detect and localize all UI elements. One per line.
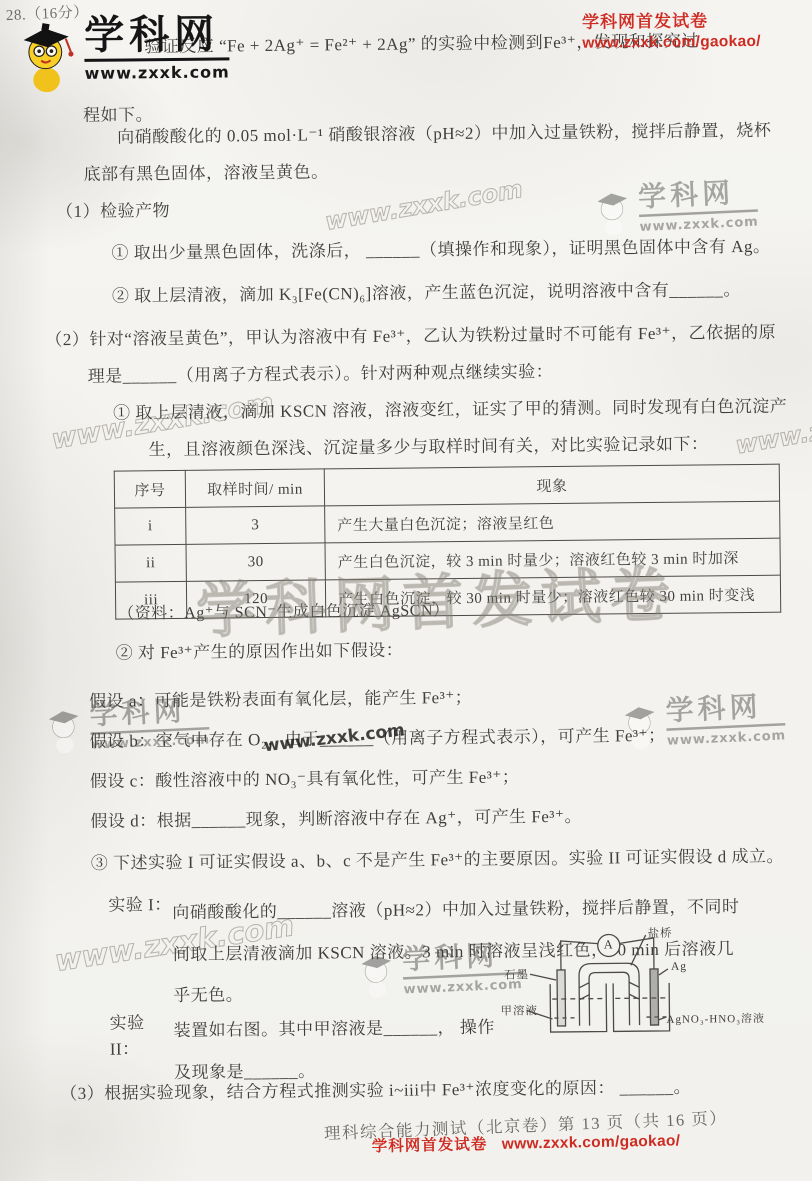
scanned-page: 28.（16分） 学科网 www.zxxk.com 学科网首发试卷 www.z <box>0 0 812 1181</box>
red-stamp-bottom-title: 学科网首发试卷 <box>372 1136 488 1155</box>
part2-intro: （2）针对“溶液呈黄色”，甲认为溶液中有 Fe³⁺，乙认为铁粉过量时不可能有 F… <box>87 314 780 396</box>
silver-electrode-label: Ag <box>671 961 687 973</box>
zxxk-logo-text: 学科网 <box>84 13 230 62</box>
col-header-time: 取样时间/ min <box>185 469 324 507</box>
graphite-label: 石墨 <box>504 966 529 982</box>
salt-bridge-label: 盐桥 <box>648 925 673 941</box>
experiment1-label: 实验 I： <box>108 892 173 1018</box>
watermark-big-stamp: 学科网首发试卷 <box>195 546 681 650</box>
ammeter-label: A <box>604 937 614 952</box>
red-stamp-title: 学科网首发试卷 <box>582 10 761 34</box>
cell-index: ii <box>115 544 186 582</box>
part2-item-1: ① 取上层清液，滴加 KSCN 溶液，溶液变红，证实了甲的猜测。同时发现有白色沉… <box>148 388 791 470</box>
galvanic-cell-diagram: A 盐桥 石墨 Ag 甲溶液 AgNO₃-HNO₃溶液 <box>500 924 786 1052</box>
solution-b-label: AgNO₃-HNO₃溶液 <box>666 1010 765 1027</box>
hypothesis-d: 假设 d：根据______现象，判断溶液中存在 Ag⁺，可产生 Fe³⁺。 <box>90 802 790 836</box>
cell-index: i <box>115 507 186 545</box>
col-header-index: 序号 <box>114 470 185 508</box>
part1-heading: （1）检验产物 <box>56 198 170 226</box>
col-header-phenomenon: 现象 <box>324 464 779 506</box>
zxxk-logo: 学科网 www.zxxk.com <box>16 13 230 102</box>
part1-item-2: ② 取上层清液，滴加 K₃[Fe(CN)₆]溶液，产生蓝色沉淀，说明溶液中含有_… <box>112 277 788 310</box>
cell-time: 3 <box>186 506 325 544</box>
red-stamp-bottom-url: www.zxxk.com/gaokao/ <box>502 1132 681 1152</box>
solution-a-label: 甲溶液 <box>500 1002 538 1018</box>
cell-observation: 产生大量白色沉淀；溶液呈红色 <box>325 501 780 543</box>
mascot-icon <box>43 702 87 762</box>
red-stamp-url: www.zxxk.com/gaokao/ <box>582 32 761 54</box>
part2-item-3: ③ 下述实验 I 可证实假设 a、b、c 不是产生 Fe³⁺的主要原因。实验 I… <box>91 843 803 877</box>
red-stamp-top: 学科网首发试卷 www.zxxk.com/gaokao/ <box>582 10 761 54</box>
zxxk-mascot-icon <box>16 15 79 103</box>
cell-diagram-drawing <box>500 924 786 1052</box>
setup-paragraph: 向硝酸酸化的 0.05 mol·L⁻¹ 硝酸银溶液（pH≈2）中加入过量铁粉，搅… <box>83 112 776 194</box>
hypothesis-c: 假设 c：酸性溶液中的 NO₃⁻具有氧化性，可产生 Fe³⁺； <box>90 762 790 796</box>
zxxk-logo-url: www.zxxk.com <box>84 62 229 83</box>
part1-item-1: ① 取出少量黑色固体，洗涤后， ______（填操作和现象），证明黑色固体中含有… <box>111 234 787 267</box>
